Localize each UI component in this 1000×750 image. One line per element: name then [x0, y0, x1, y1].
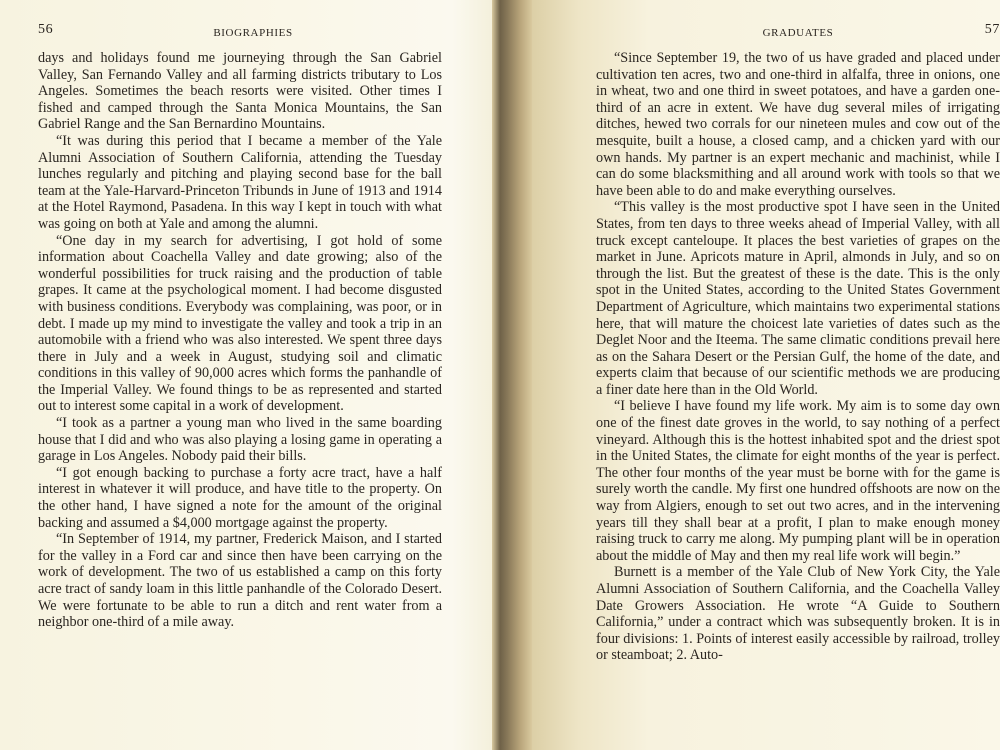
paragraph: “I believe I have found my life work. My… [596, 398, 1000, 564]
left-running-head: 56 BIOGRAPHIES [38, 22, 468, 44]
right-page: GRADUATES 57 “Since September 19, the tw… [532, 0, 1000, 750]
book-spread: 56 BIOGRAPHIES days and holidays found m… [0, 0, 1000, 750]
paragraph: days and holidays found me journeying th… [38, 50, 442, 133]
paragraph: “One day in my search for advertising, I… [38, 233, 442, 416]
book-gutter [492, 0, 532, 750]
paragraph: “Since September 19, the two of us have … [596, 50, 1000, 199]
paragraph: “It was during this period that I became… [38, 133, 442, 233]
paragraph: “This valley is the most productive spot… [596, 199, 1000, 398]
paragraph: “In September of 1914, my partner, Frede… [38, 531, 442, 631]
left-page-body: days and holidays found me journeying th… [38, 50, 442, 631]
page-number-right: 57 [985, 22, 1000, 38]
paragraph: Burnett is a member of the Yale Club of … [596, 564, 1000, 664]
paragraph: “I took as a partner a young man who liv… [38, 415, 442, 465]
paragraph: “I got enough backing to purchase a fort… [38, 465, 442, 531]
left-page: 56 BIOGRAPHIES days and holidays found m… [0, 0, 492, 750]
running-head-title-left: BIOGRAPHIES [38, 27, 468, 39]
running-head-title-right: GRADUATES [596, 27, 1000, 39]
right-page-body: “Since September 19, the two of us have … [596, 50, 1000, 664]
right-running-head: GRADUATES 57 [596, 22, 1000, 44]
